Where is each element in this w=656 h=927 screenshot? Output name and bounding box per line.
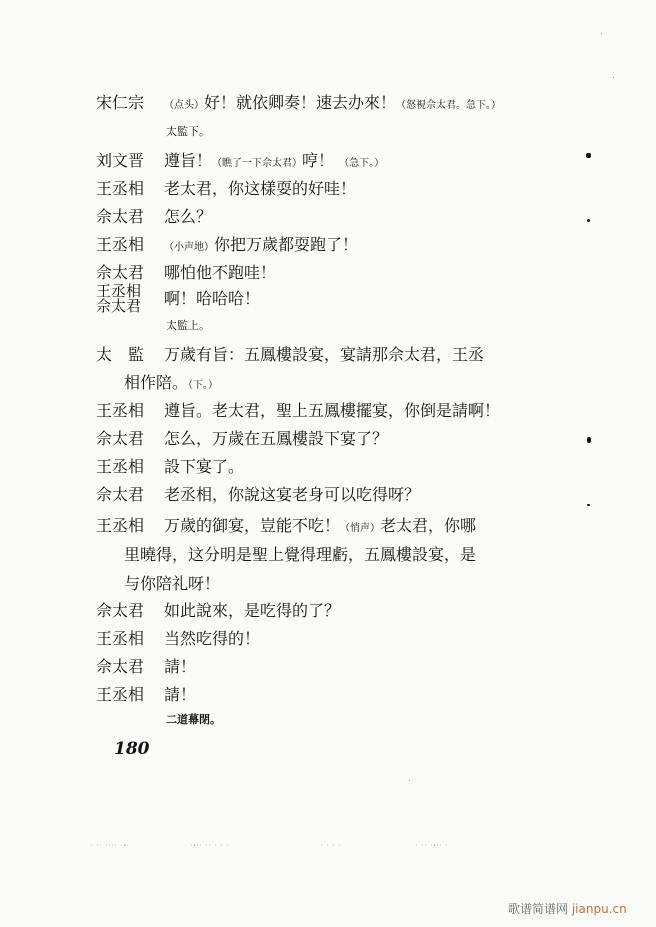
watermark-text: 歌谱简谱网 (508, 902, 568, 916)
speaker-name: 王丞相 (96, 234, 158, 256)
speech-text: 怎么？ (164, 206, 212, 228)
speaker-name: 佘太君 (96, 600, 158, 622)
scan-noise: ·•·· ·· · · · (190, 844, 229, 847)
scan-artifact (587, 219, 590, 222)
speech-text: （小声地）你把万歲都耍跑了！ (164, 234, 358, 259)
speaker-name: 王丞相 (96, 456, 158, 478)
speech-text: 如此說來，是吃得的了？ (164, 600, 340, 622)
speech-text: 老太君，你这樣耍的好哇！ (164, 178, 356, 200)
speaker-name-group: 王丞相 佘太君 (96, 284, 158, 314)
watermark: 歌谱简谱网 jianpu.cn (508, 900, 627, 917)
speech-text: 哪怕他不跑哇！ (164, 262, 276, 284)
speech-text: 万歲有旨：五鳳樓設宴，宴請那佘太君，王丞 (164, 344, 484, 366)
scan-artifact (587, 504, 590, 506)
speaker-name: 王丞相 (96, 400, 158, 422)
speaker-name: 太 監 (96, 344, 158, 366)
speaker-name: 佘太君 (96, 656, 158, 678)
scan-artifact (613, 77, 614, 78)
speech-text: （点头）好！就依卿奏！速去办來！（怒視佘太君。急下。） (164, 92, 501, 117)
watermark-site: jianpu.cn (572, 902, 627, 916)
speaker-name: 王丞相 (96, 628, 158, 650)
stage-direction: 太監下。 (166, 124, 210, 140)
speaker-name: 佘太君 (96, 484, 158, 506)
speaker-name: 王丞相 (96, 178, 158, 200)
stage-direction: （小声地） (164, 242, 214, 253)
speaker-name: 王丞相 (96, 515, 158, 537)
dialogue-line: 啊！哈哈哈！ (164, 288, 260, 310)
speaker-name: 王丞相 (96, 684, 158, 706)
speech-text: 与你陪礼呀！ (124, 573, 220, 595)
speaker-name: 宋仁宗 (96, 92, 158, 114)
scan-noise: · ·· ···· ·•· (90, 844, 129, 847)
stage-direction: （瞧了一下佘太君） (212, 158, 302, 169)
scan-artifact (601, 33, 602, 34)
speech-text: 怎么，万歲在五鳳樓設下宴了？ (164, 428, 388, 450)
speech-text: 相作陪。（下。） (124, 372, 218, 397)
scan-noise: · · · · (320, 844, 341, 847)
scan-artifact (409, 780, 410, 781)
stage-direction: （点头） (164, 100, 204, 111)
stage-direction: （下。） (188, 380, 218, 391)
scan-artifact (586, 153, 591, 158)
scan-noise: · ·· ·•·· · (415, 844, 448, 847)
speech-text: 啊！哈哈哈！ (164, 289, 260, 308)
scan-artifact (587, 437, 591, 443)
stage-direction: （怒視佘太君。急下。） (396, 100, 501, 111)
speech-text: 設下宴了。 (164, 456, 244, 478)
speech-text: 老丞相，你說这宴老身可以吃得呀？ (164, 484, 420, 506)
speaker-name: 佘太君 (96, 428, 158, 450)
speaker-name: 佘太君 (96, 299, 158, 314)
speech-text: 遵旨。老太君，聖上五鳳樓擺宴，你倒是請啊！ (164, 400, 500, 422)
speech-text: 請！ (164, 656, 196, 678)
speech-text: 万歲的御宴，豈能不吃！（悄声）老太君，你哪 (164, 515, 476, 540)
stage-direction: 二道幕閉。 (166, 712, 221, 728)
scanned-page: 宋仁宗 （点头）好！就依卿奏！速去办來！（怒視佘太君。急下。） 太監下。 刘文晋… (0, 0, 656, 927)
page-number: 180 (114, 739, 150, 759)
stage-direction: （悄声） (340, 523, 380, 534)
speech-text: 遵旨！（瞧了一下佘太君）哼！ （急下。） (164, 150, 384, 175)
speaker-name: 刘文晋 (96, 150, 158, 172)
stage-direction: （急下。） (339, 158, 384, 169)
speaker-name: 佘太君 (96, 206, 158, 228)
stage-direction: 太監上。 (166, 318, 210, 334)
speech-text: 里曉得，这分明是聖上覺得理虧，五鳳樓設宴，是 (124, 544, 476, 566)
speech-text: 請！ (164, 684, 196, 706)
speech-text: 当然吃得的！ (164, 628, 260, 650)
speaker-name: 佘太君 (96, 262, 158, 284)
